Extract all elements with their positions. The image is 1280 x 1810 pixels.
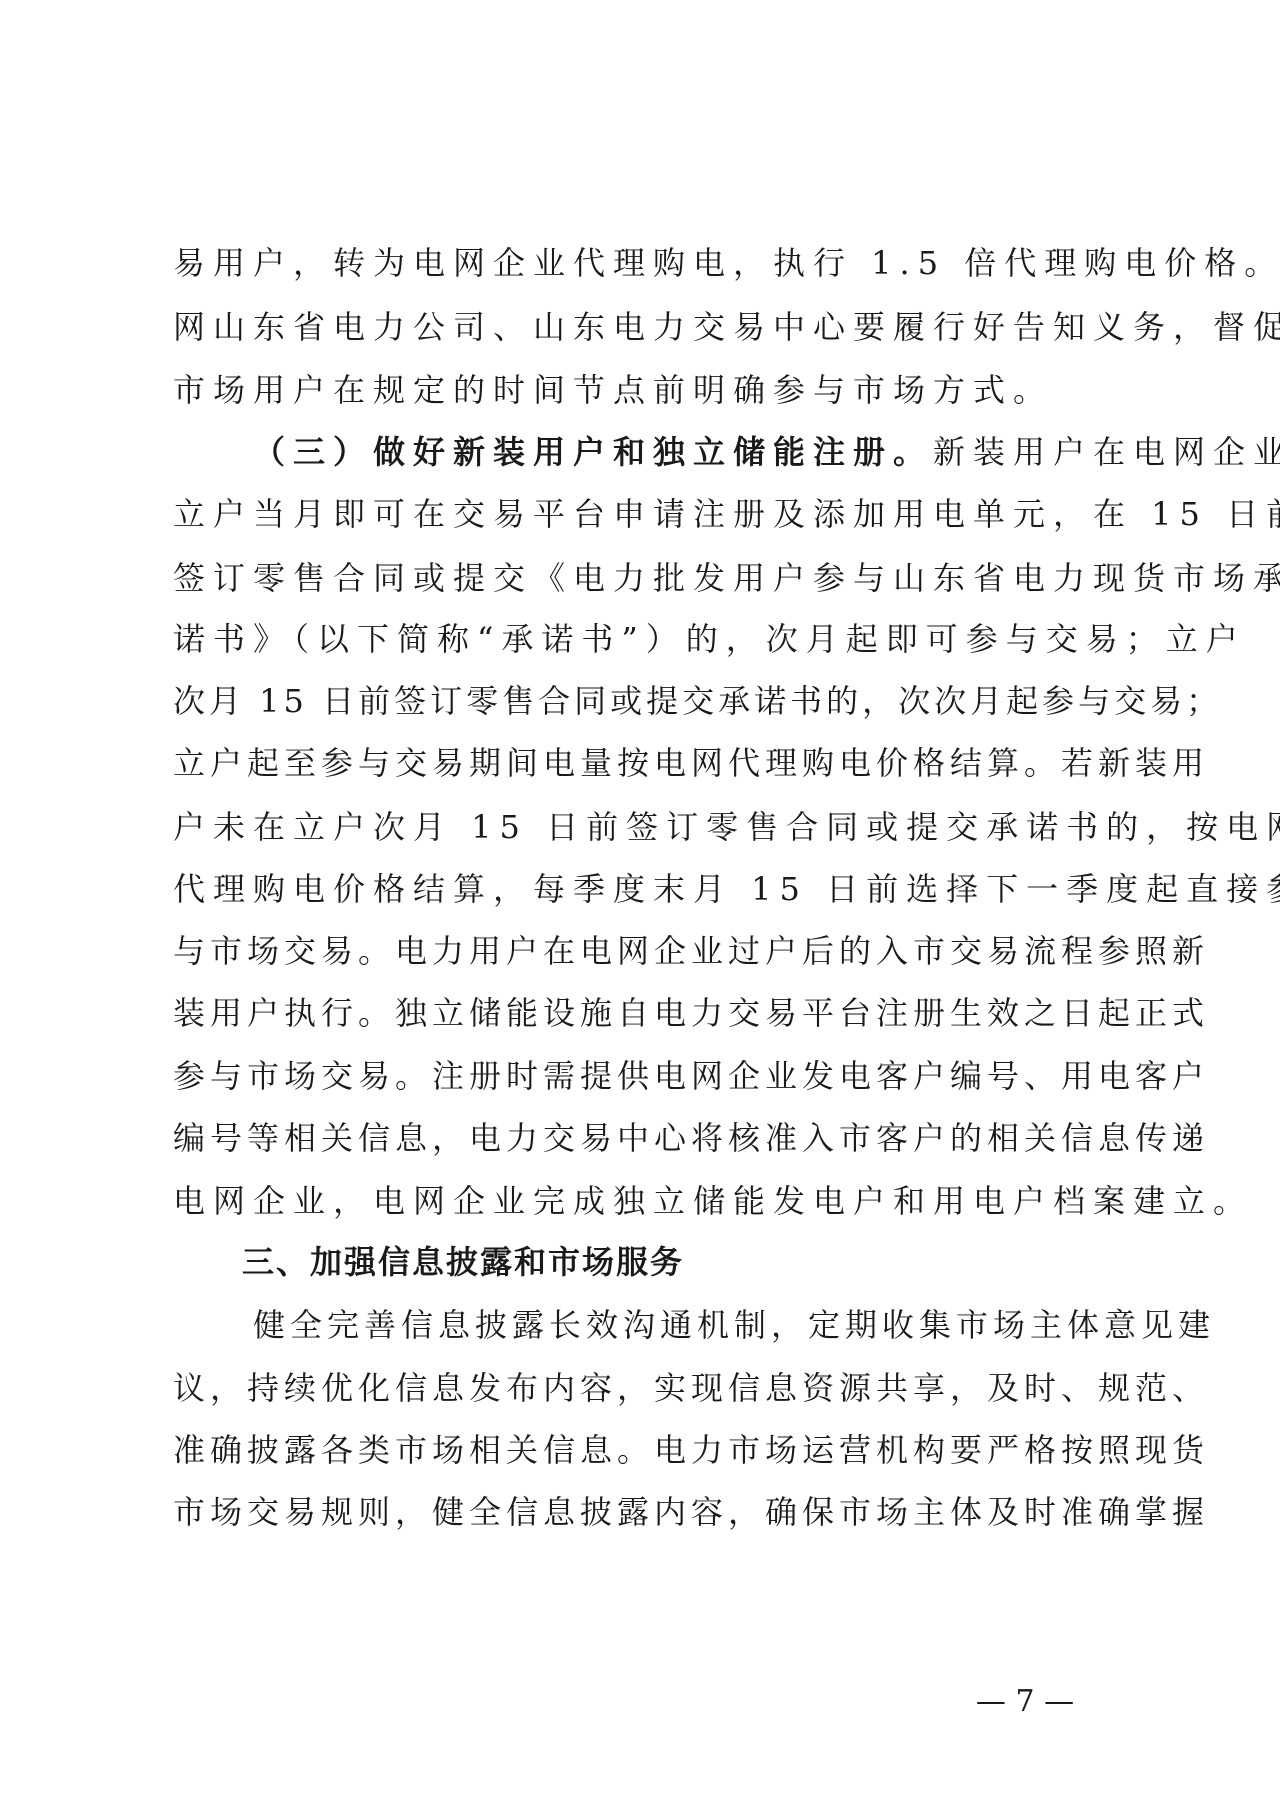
body-line: 编号等相关信息，电力交易中心将核准入市客户的相关信息传递 (173, 1107, 1119, 1169)
subsection-title: （三）做好新装用户和独立储能注册。 (253, 433, 933, 471)
subsection-line: （三）做好新装用户和独立储能注册。新装用户在电网企业 (253, 421, 1119, 483)
subsection-text: 新装用户在电网企业 (933, 433, 1280, 471)
body-line: 市场用户在规定的时间节点前明确参与市场方式。 (173, 359, 1119, 421)
body-line: 电网企业，电网企业完成独立储能发电户和用电户档案建立。 (173, 1170, 1119, 1232)
body-line: 与市场交易。电力用户在电网企业过户后的入市交易流程参照新 (173, 920, 1119, 982)
body-line: 次月 15 日前签订零售合同或提交承诺书的，次次月起参与交易； (173, 670, 1119, 732)
body-line: 参与市场交易。注册时需提供电网企业发电客户编号、用电客户 (173, 1045, 1119, 1107)
body-line: 立户当月即可在交易平台申请注册及添加用电单元，在 15 日前 (173, 483, 1119, 545)
body-line: 立户起至参与交易期间电量按电网代理购电价格结算。若新装用 (173, 732, 1119, 794)
body-line: 代理购电价格结算，每季度末月 15 日前选择下一季度起直接参 (173, 858, 1119, 920)
body-line: 准确披露各类市场相关信息。电力市场运营机构要严格按照现货 (173, 1419, 1119, 1481)
body-line: 网山东省电力公司、山东电力交易中心要履行好告知义务，督促 (173, 296, 1119, 358)
body-line: 装用户执行。独立储能设施自电力交易平台注册生效之日起正式 (173, 982, 1119, 1044)
page-number: — 7 — (960, 1680, 1090, 1724)
body-line: 市场交易规则，健全信息披露内容，确保市场主体及时准确掌握 (173, 1481, 1119, 1543)
body-line: 签订零售合同或提交《电力批发用户参与山东省电力现货市场承 (173, 547, 1119, 609)
document-page: 易用户，转为电网企业代理购电，执行 1.5 倍代理购电价格。国 网山东省电力公司… (0, 0, 1280, 1810)
section-heading: 三、加强信息披露和市场服务 (242, 1231, 1108, 1293)
body-line: 议，持续优化信息发布内容，实现信息资源共享，及时、规范、 (173, 1357, 1119, 1419)
body-line: 诺书》（以下简称“承诺书”）的，次月起即可参与交易；立户 (173, 608, 1119, 670)
body-line: 健全完善信息披露长效沟通机制，定期收集市场主体意见建 (253, 1294, 1119, 1356)
body-line: 户未在立户次月 15 日前签订零售合同或提交承诺书的，按电网 (173, 796, 1119, 858)
body-line: 易用户，转为电网企业代理购电，执行 1.5 倍代理购电价格。国 (173, 232, 1119, 294)
